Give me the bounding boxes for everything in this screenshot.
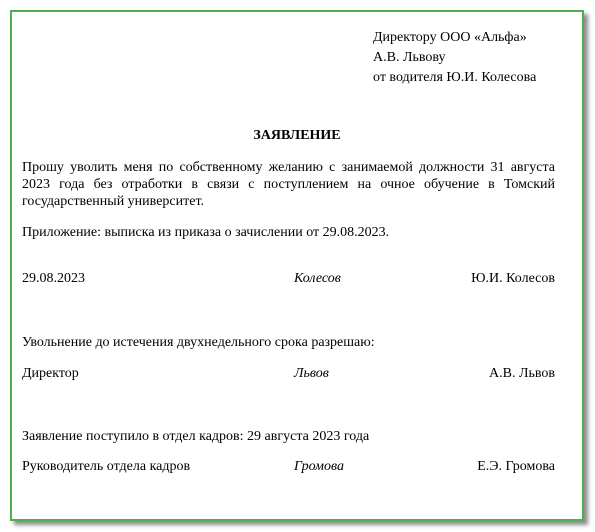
director-signature-row: Директор Львов А.В. Львов [22, 365, 555, 383]
director-name: А.В. Львов [489, 365, 555, 383]
applicant-signature-row: 29.08.2023 Колесов Ю.И. Колесов [22, 270, 555, 288]
hr-received-text: Заявление поступило в отдел кадров: 29 а… [22, 428, 369, 446]
hr-signature: Громова [294, 458, 344, 476]
addressee-line-2: А.В. Львову [373, 48, 536, 68]
director-signature: Львов [294, 365, 329, 383]
hr-position: Руководитель отдела кадров [22, 458, 190, 476]
application-date: 29.08.2023 [22, 270, 85, 288]
request-body: Прошу уволить меня по собственному желан… [22, 159, 555, 210]
hr-name: Е.Э. Громова [477, 458, 555, 476]
document-sheet: Директору ООО «Альфа» А.В. Львову от вод… [10, 10, 584, 521]
attachment-line: Приложение: выписка из приказа о зачисле… [22, 224, 389, 242]
addressee-line-1: Директору ООО «Альфа» [373, 28, 536, 48]
applicant-name: Ю.И. Колесов [471, 270, 555, 288]
addressee-line-3: от водителя Ю.И. Колесова [373, 68, 536, 88]
hr-signature-row: Руководитель отдела кадров Громова Е.Э. … [22, 458, 555, 476]
addressee-block: Директору ООО «Альфа» А.В. Львову от вод… [373, 28, 536, 88]
applicant-signature: Колесов [294, 270, 341, 288]
document-title: ЗАЯВЛЕНИЕ [12, 127, 582, 145]
director-position: Директор [22, 365, 79, 383]
approval-text: Увольнение до истечения двухнедельного с… [22, 334, 375, 352]
